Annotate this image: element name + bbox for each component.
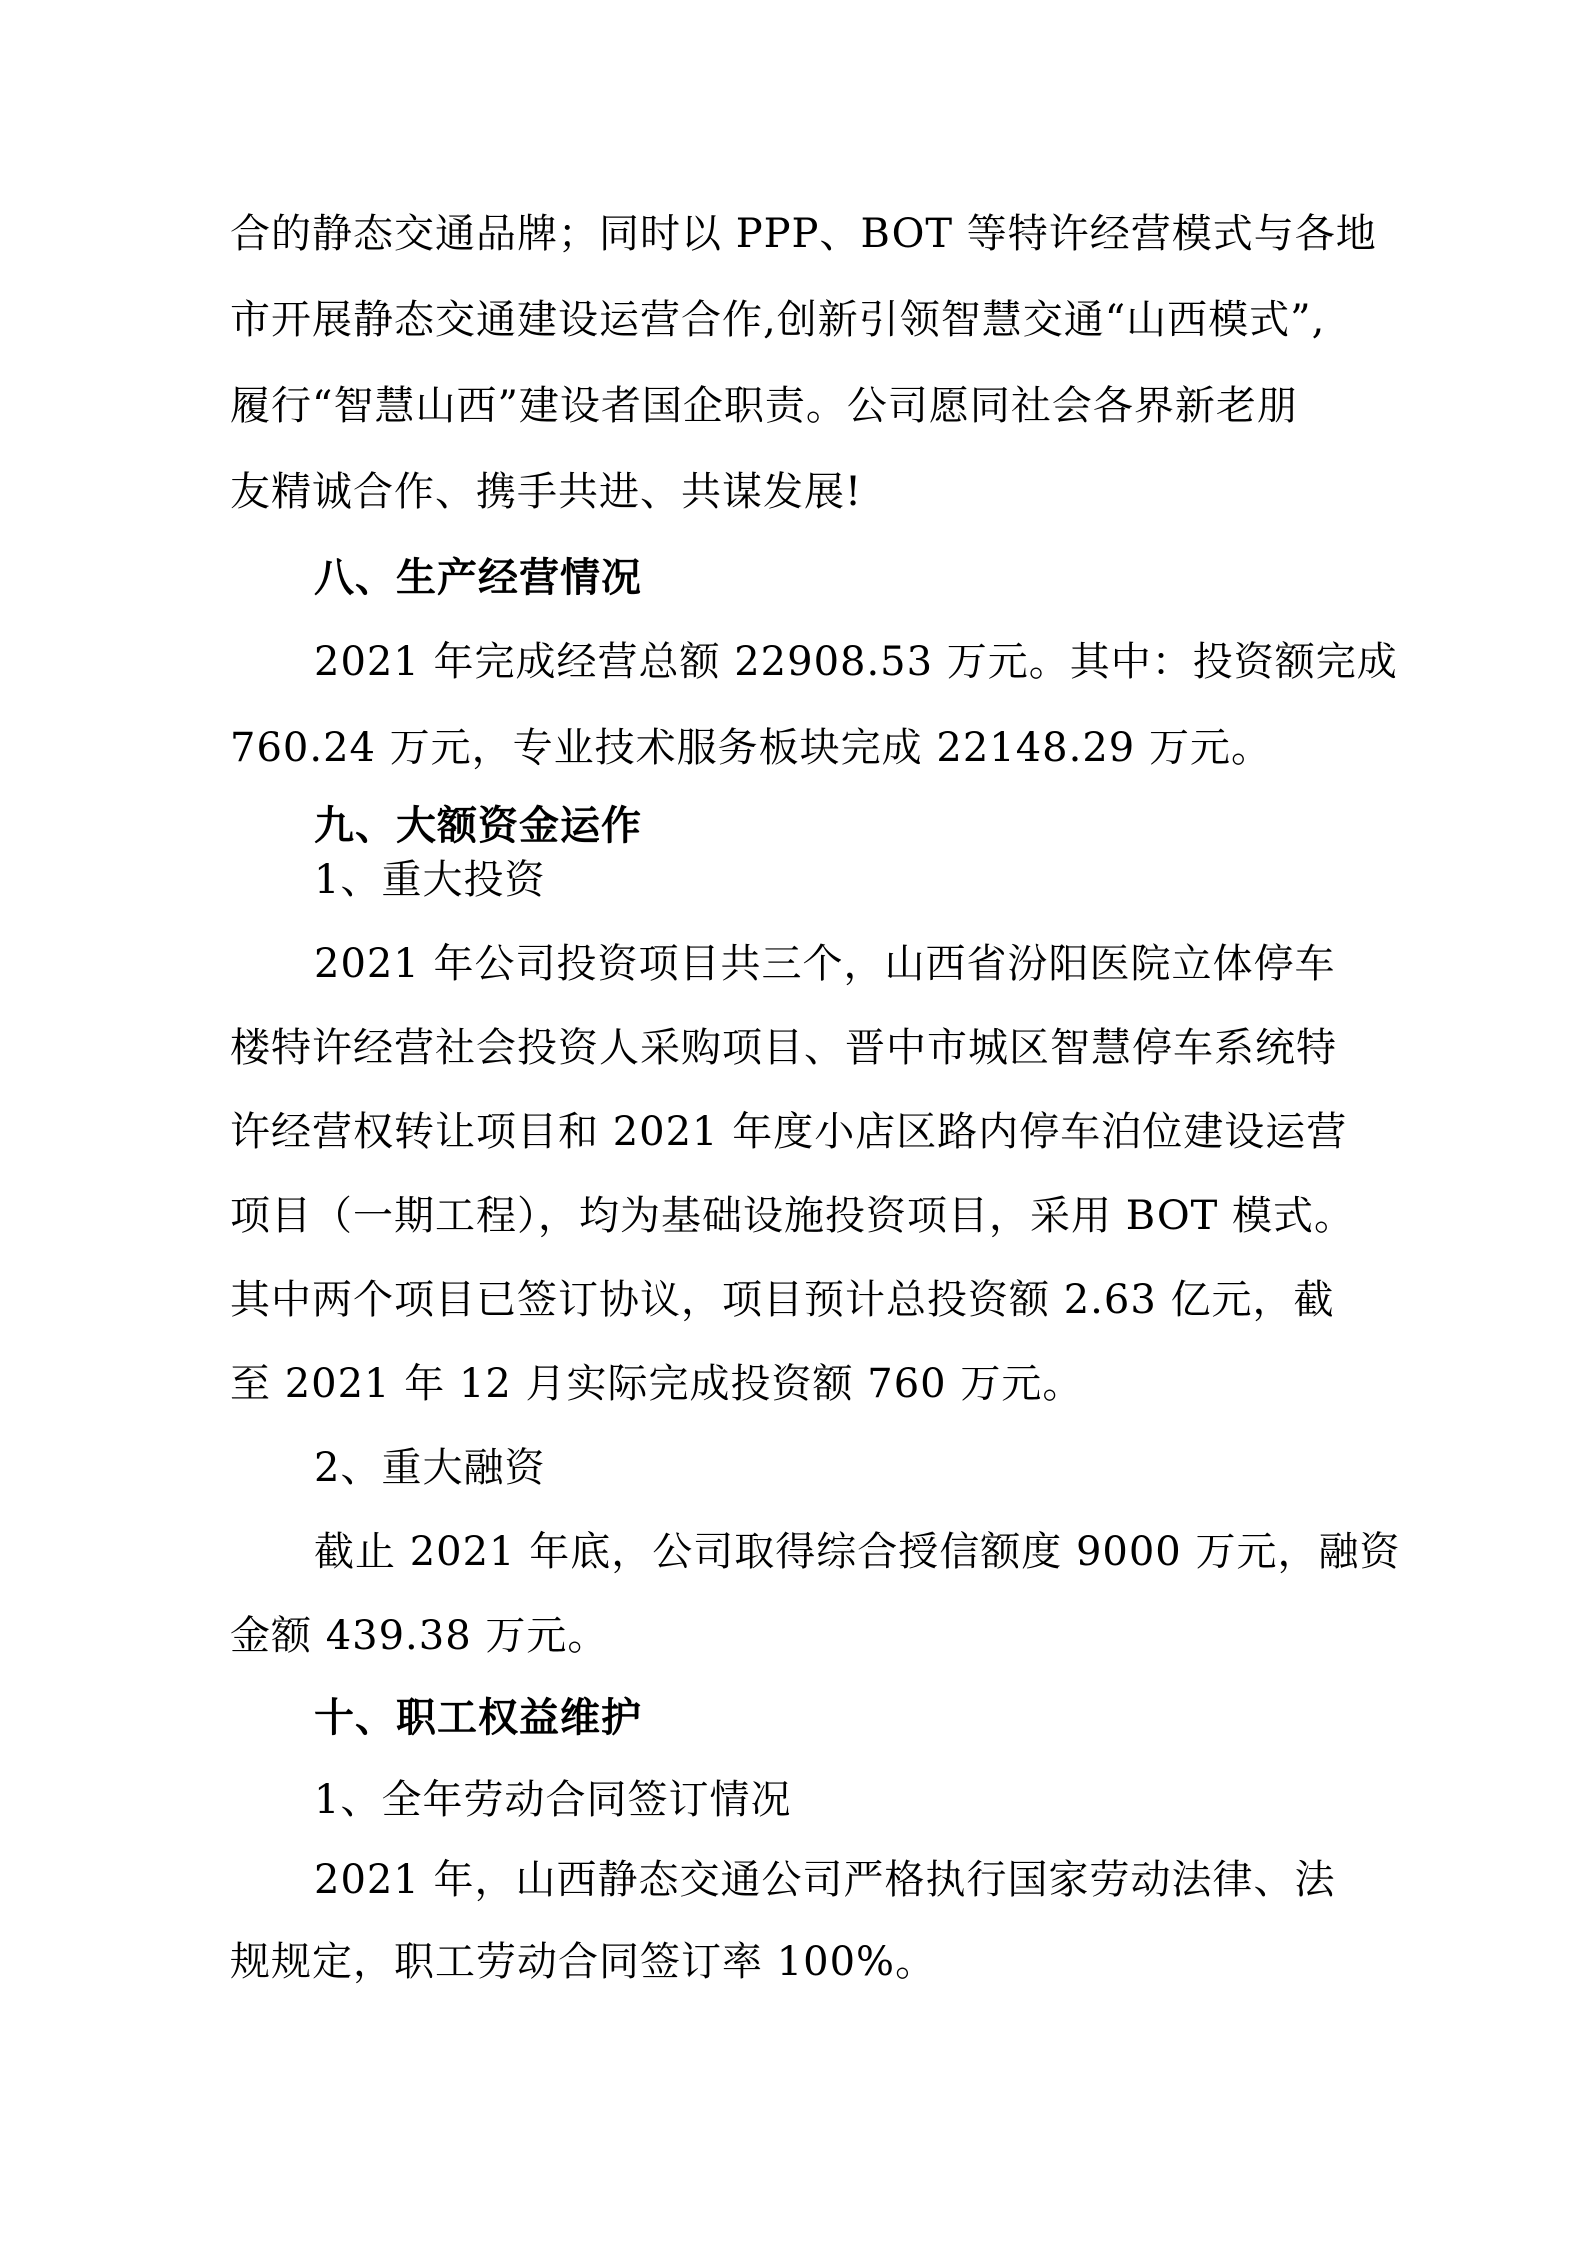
text-line: 市开展静态交通建设运营合作,创新引领智慧交通“山西模式”, — [230, 296, 1325, 344]
subsection-heading: 1、全年劳动合同签订情况 — [314, 1776, 791, 1824]
text-line: 楼特许经营社会投资人采购项目、晋中市城区智慧停车系统特 — [230, 1024, 1337, 1072]
text-line: 合的静态交通品牌；同时以 PPP、BOT 等特许经营模式与各地 — [230, 210, 1377, 258]
text-line: 2021 年公司投资项目共三个，山西省汾阳医院立体停车 — [314, 940, 1336, 988]
section-heading: 八、生产经营情况 — [314, 554, 642, 602]
text-line: 项目（一期工程），均为基础设施投资项目，采用 BOT 模式。 — [230, 1192, 1355, 1240]
section-heading: 十、职工权益维护 — [314, 1694, 642, 1742]
text-line: 规规定，职工劳动合同签订率 100%。 — [230, 1938, 936, 1986]
text-line: 履行“智慧山西”建设者国企职责。公司愿同社会各界新老朋 — [230, 382, 1298, 430]
text-line: 截止 2021 年底，公司取得综合授信额度 9000 万元，融资 — [314, 1528, 1400, 1576]
subsection-heading: 1、重大投资 — [314, 856, 545, 904]
text-line: 金额 439.38 万元。 — [230, 1612, 608, 1660]
text-line: 2021 年，山西静态交通公司严格执行国家劳动法律、法 — [314, 1856, 1336, 1904]
text-line: 至 2021 年 12 月实际完成投资额 760 万元。 — [230, 1360, 1083, 1408]
subsection-heading: 2、重大融资 — [314, 1444, 545, 1492]
text-line: 其中两个项目已签订协议，项目预计总投资额 2.63 亿元，截 — [230, 1276, 1335, 1324]
text-line: 友精诚合作、携手共进、共谋发展! — [230, 468, 862, 516]
text-line: 2021 年完成经营总额 22908.53 万元。其中：投资额完成 — [314, 638, 1398, 686]
text-line: 760.24 万元，专业技术服务板块完成 22148.29 万元。 — [230, 724, 1272, 772]
section-heading: 九、大额资金运作 — [314, 802, 642, 850]
text-line: 许经营权转让项目和 2021 年度小店区路内停车泊位建设运营 — [230, 1108, 1347, 1156]
